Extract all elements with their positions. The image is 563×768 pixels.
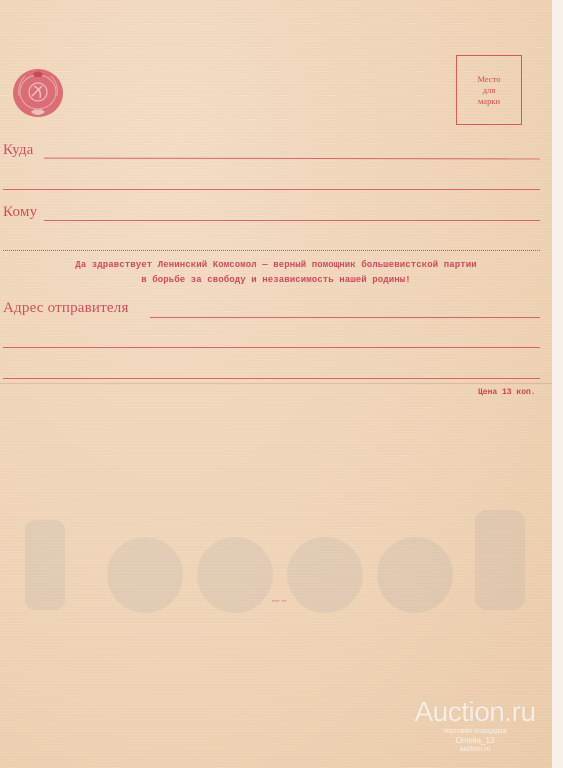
- stamp-box-text-line2: для: [483, 85, 495, 96]
- scan-margin: [552, 0, 563, 768]
- sender-address-line-2[interactable]: [3, 347, 540, 348]
- ussr-coat-of-arms-icon: [11, 66, 65, 122]
- to-whom-label: Кому: [3, 204, 37, 221]
- stamp-box-text-line3: марки: [478, 96, 500, 107]
- fold-crease: [0, 383, 552, 384]
- sender-address-line-1[interactable]: [150, 317, 540, 318]
- watermark-seller: Omelia_13: [405, 736, 545, 745]
- price-label: Цена 13 коп.: [478, 388, 536, 397]
- slogan-line-2: в борьбе за свободу и независимость наше…: [0, 273, 552, 287]
- stamp-box-text-line1: Место: [477, 74, 500, 85]
- watermark-domain: auction.ru: [405, 745, 545, 754]
- sender-address-line-3[interactable]: [3, 378, 540, 379]
- watermark-site: Auction.ru: [405, 697, 545, 727]
- faint-red-mark: ▪▪▪ ▪▪: [272, 598, 286, 605]
- sender-address-label: Адрес отправителя: [3, 300, 129, 317]
- slogan-line-1: Да здравствует Ленинский Комсомол — верн…: [0, 258, 552, 272]
- to-whom-line-1[interactable]: [44, 220, 540, 221]
- stamp-placement-box: Место для марки: [456, 55, 522, 125]
- to-where-line-1[interactable]: [44, 158, 540, 160]
- auction-watermark: Auction.ru торговая площадка Omelia_13 a…: [405, 697, 545, 754]
- watermark-subtitle: торговая площадка: [405, 727, 545, 736]
- to-whom-line-2[interactable]: [3, 250, 540, 251]
- to-where-label: Куда: [3, 142, 34, 159]
- postal-form-sheet: Место для марки Куда Кому Да здравствует…: [0, 0, 552, 768]
- to-where-line-2[interactable]: [3, 189, 540, 190]
